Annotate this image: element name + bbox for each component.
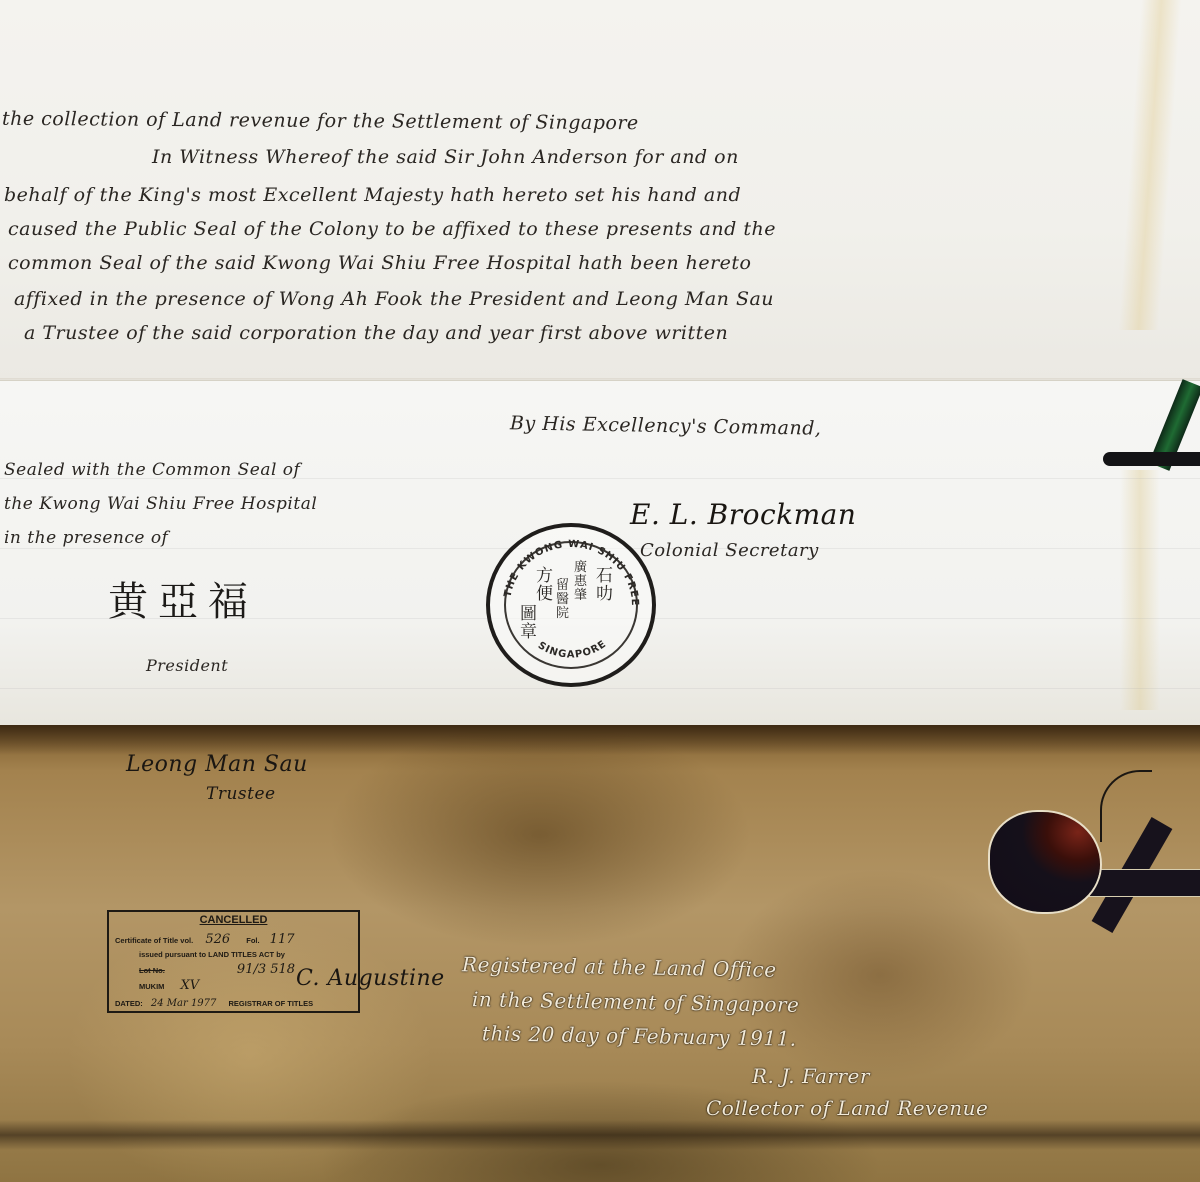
fold-shadow: [0, 1120, 1200, 1150]
stamp-folio: 117: [270, 932, 295, 947]
document-photo: the collection of Land revenue for the S…: [0, 0, 1200, 1182]
stamp-lot-value: 91/3 518: [237, 962, 295, 977]
stamp-volume: 526: [205, 932, 230, 947]
stamp-mukim-label: MUKIM: [139, 982, 164, 991]
stamp-title: CANCELLED: [109, 914, 358, 926]
wax-seal-icon: [990, 812, 1100, 912]
stamp-issued-row: issued pursuant to LAND TITLES ACT by: [139, 950, 285, 959]
stamp-mukim-value: XV: [181, 978, 200, 993]
body-line-3: behalf of the King's most Excellent Maje…: [4, 184, 741, 206]
stamp-certificate-row: Certificate of Title vol. 526 Fol. 117: [115, 932, 295, 947]
stamp-date-value: 24 Mar 1977: [151, 998, 217, 1009]
black-ribbon-lower: [1090, 870, 1200, 896]
secretary-signature: E. L. Brockman: [630, 498, 856, 531]
trustee-signature: Leong Man Sau: [126, 752, 308, 777]
sealed-with-line-2: the Kwong Wai Shiu Free Hospital: [4, 494, 317, 514]
seal-chinese-col-4: 方便: [536, 567, 554, 603]
body-line-5: common Seal of the said Kwong Wai Shiu F…: [8, 252, 751, 274]
cancelled-stamp: CANCELLED Certificate of Title vol. 526 …: [107, 910, 360, 1013]
trustee-title: Trustee: [206, 784, 276, 804]
svg-text:SINGAPORE: SINGAPORE: [536, 638, 609, 660]
seal-chinese-col-5: 圖章: [520, 605, 538, 641]
president-title: President: [146, 656, 228, 675]
body-line-1: the collection of Land revenue for the S…: [2, 108, 639, 134]
body-line-6: affixed in the presence of Wong Ah Fook …: [14, 288, 774, 310]
president-chinese-signature: 黄亞福: [108, 570, 258, 627]
sealed-with-line-1: Sealed with the Common Seal of: [4, 460, 300, 480]
collector-signature: R. J. Farrer: [752, 1064, 870, 1088]
stamp-lot-row: Lot No. 91/3 518: [139, 962, 295, 977]
stamp-fol-label: Fol.: [246, 936, 259, 945]
water-stain: [1120, 470, 1160, 710]
black-ribbon-upper: [1103, 452, 1200, 466]
fold-line: [0, 378, 1200, 381]
stamp-cert-label: Certificate of Title vol.: [115, 936, 193, 945]
seal-chinese-col-1: 石叻: [596, 567, 614, 603]
seal-chinese-col-2: 廣惠肇: [574, 561, 592, 603]
stamp-date-row: DATED: 24 Mar 1977 REGISTRAR OF TITLES: [115, 998, 313, 1009]
hospital-common-seal: THE KWONG WAI SHIU FREE HOSPITAL SINGAPO…: [486, 523, 656, 687]
stamp-date-label: DATED:: [115, 999, 143, 1008]
seal-chinese-col-3: 留醫院: [556, 579, 574, 621]
body-line-2: In Witness Whereof the said Sir John And…: [152, 146, 739, 168]
body-line-7: a Trustee of the said corporation the da…: [24, 322, 728, 344]
collector-title: Collector of Land Revenue: [706, 1096, 988, 1120]
body-line-4: caused the Public Seal of the Colony to …: [8, 218, 776, 240]
ruled-line: [0, 688, 1200, 689]
sealed-with-line-3: in the presence of: [4, 528, 168, 548]
registrar-signature: C. Augustine: [296, 966, 445, 991]
stamp-registrar-label: REGISTRAR OF TITLES: [228, 999, 313, 1008]
secretary-title: Colonial Secretary: [640, 540, 819, 561]
stamp-mukim-row: MUKIM XV: [139, 978, 199, 993]
stamp-lot-label: Lot No.: [139, 966, 165, 975]
